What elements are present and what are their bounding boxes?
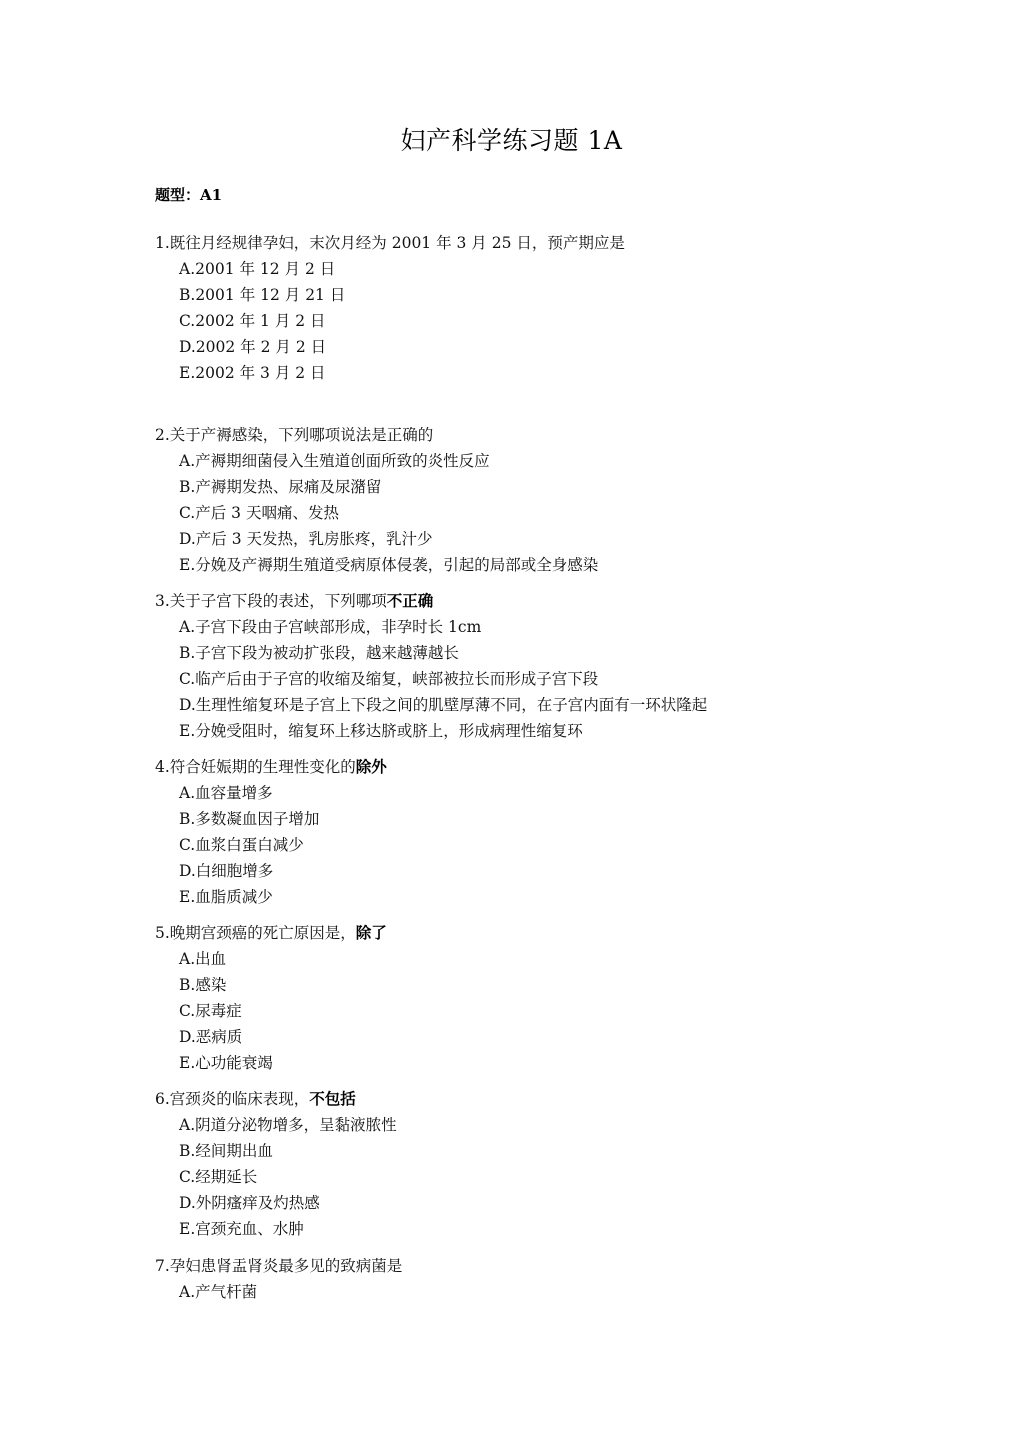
document-title: 妇产科学练习题 1A [0,124,1023,158]
question-stem-6: 6.宫颈炎的临床表现，不包括 [155,1088,356,1110]
option-3d: D.生理性缩复环是子宫上下段之间的肌壁厚薄不同，在子宫内面有一环状隆起 [179,694,707,716]
option-2c: C.产后 3 天咽痛、发热 [179,502,339,524]
option-4b: B.多数凝血因子增加 [179,808,319,830]
option-4a: A.血容量增多 [179,782,273,804]
option-1b: B.2001 年 12 月 21 日 [179,284,345,306]
option-2b: B.产褥期发热、尿痛及尿潴留 [179,476,381,498]
option-6c: C.经期延长 [179,1166,257,1188]
option-5c: C.尿毒症 [179,1000,242,1022]
option-3a: A.子宫下段由子宫峡部形成，非孕时长 1cm [179,616,481,638]
question-text: 3.关于子宫下段的表述，下列哪项 [155,592,387,610]
option-5e: E.心功能衰竭 [179,1052,273,1074]
option-1e: E.2002 年 3 月 2 日 [179,362,326,384]
question-stem-2: 2.关于产褥感染，下列哪项说法是正确的 [155,424,433,446]
option-1c: C.2002 年 1 月 2 日 [179,310,326,332]
question-type-label: 题型：A1 [155,184,222,206]
option-5d: D.恶病质 [179,1026,242,1048]
option-2e: E.分娩及产褥期生殖道受病原体侵袭，引起的局部或全身感染 [179,554,598,576]
option-6a: A.阴道分泌物增多，呈黏液脓性 [179,1114,397,1136]
option-7a: A.产气杆菌 [179,1281,257,1303]
option-3b: B.子宫下段为被动扩张段，越来越薄越长 [179,642,459,664]
option-5a: A.出血 [179,948,226,970]
option-2d: D.产后 3 天发热，乳房胀疼，乳汁少 [179,528,433,550]
question-text: 4.符合妊娠期的生理性变化的 [155,758,356,776]
question-text: 7.孕妇患肾盂肾炎最多见的致病菌是 [155,1257,402,1275]
option-4c: C.血浆白蛋白减少 [179,834,304,856]
question-emphasis: 不正确 [387,592,434,610]
question-emphasis: 除外 [356,758,387,776]
document-page: 妇产科学练习题 1A 题型：A1 1.既往月经规律孕妇，末次月经为 2001 年… [0,0,1023,1447]
question-stem-1: 1.既往月经规律孕妇，末次月经为 2001 年 3 月 25 日，预产期应是 [155,232,625,254]
option-6d: D.外阴瘙痒及灼热感 [179,1192,320,1214]
question-stem-4: 4.符合妊娠期的生理性变化的除外 [155,756,387,778]
question-text: 6.宫颈炎的临床表现， [155,1090,309,1108]
option-5b: B.感染 [179,974,226,996]
question-stem-5: 5.晚期宫颈癌的死亡原因是，除了 [155,922,387,944]
question-text: 1.既往月经规律孕妇，末次月经为 2001 年 3 月 25 日，预产期应是 [155,234,625,252]
question-emphasis: 不包括 [309,1090,356,1108]
question-emphasis: 除了 [356,924,387,942]
option-4d: D.白细胞增多 [179,860,273,882]
option-6e: E.宫颈充血、水肿 [179,1218,304,1240]
option-3e: E.分娩受阻时，缩复环上移达脐或脐上，形成病理性缩复环 [179,720,583,742]
option-6b: B.经间期出血 [179,1140,273,1162]
option-2a: A.产褥期细菌侵入生殖道创面所致的炎性反应 [179,450,490,472]
option-3c: C.临产后由于子宫的收缩及缩复，峡部被拉长而形成子宫下段 [179,668,598,690]
question-text: 5.晚期宫颈癌的死亡原因是， [155,924,356,942]
question-text: 2.关于产褥感染，下列哪项说法是正确的 [155,426,433,444]
option-1d: D.2002 年 2 月 2 日 [179,336,326,358]
option-1a: A.2001 年 12 月 2 日 [179,258,335,280]
question-stem-3: 3.关于子宫下段的表述，下列哪项不正确 [155,590,433,612]
question-stem-7: 7.孕妇患肾盂肾炎最多见的致病菌是 [155,1255,402,1277]
option-4e: E.血脂质减少 [179,886,273,908]
